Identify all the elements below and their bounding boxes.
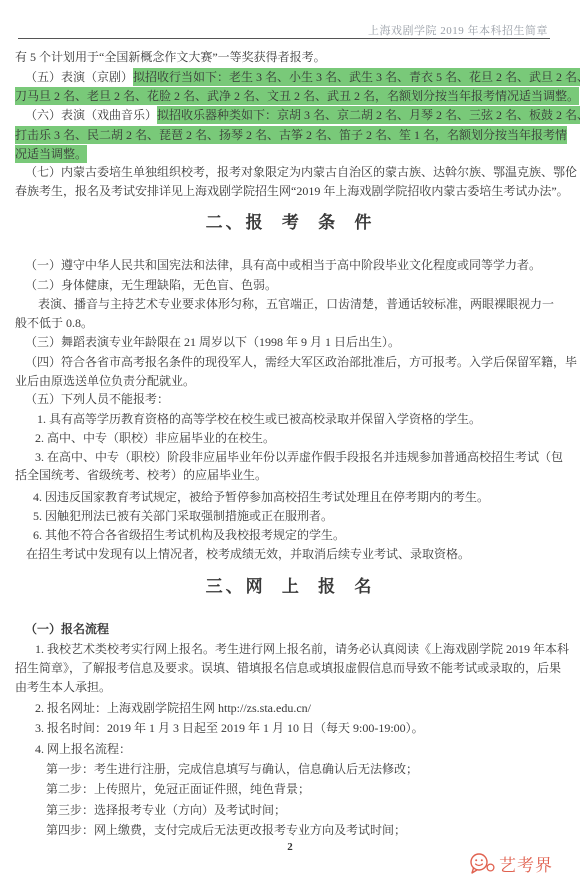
text-segment: （四）符合各省市高考报名条件的现役军人，需经大军区政治部批准后，方可报考。入学后… xyxy=(25,355,577,369)
text-line: 5. 因触犯刑法已被有关部门采取强制措施或正在服刑者。 xyxy=(33,508,333,525)
text-line: （一）遵守中华人民共和国宪法和法律，具有高中或相当于高中阶段毕业文化程度或同等学… xyxy=(25,257,541,274)
text-line: 在招生考试中发现有以上情况者，校考成绩无效，并取消后续专业考试、录取资格。 xyxy=(26,546,470,563)
text-line: 括全国统考、省级统考、校考）的应届毕业生。 xyxy=(15,467,267,484)
highlighted-text: 刀马旦 2 名、老旦 2 名、花脸 2 名、武净 2 名、文丑 2 名、武丑 2… xyxy=(15,87,579,105)
text-segment: 2. 报名网址：上海戏剧学院招生网 http://zs.sta.edu.cn/ xyxy=(35,701,311,715)
text-segment: 招生简章》，了解报考信息及要求。误填、错填报名信息或填报虚假信息而导致不能考试或… xyxy=(15,661,561,675)
text-segment: 2. 高中、中专（职校）非应届毕业的在校生。 xyxy=(35,431,275,445)
text-line: 第二步：上传照片，免冠正面证件照，纯色背景； xyxy=(46,781,310,798)
smiley-chat-bubble-icon xyxy=(469,852,496,875)
text-segment: （七）内蒙古委培生单独组织校考，报考对象限定为内蒙古自治区的蒙古族、达斡尔族、鄂… xyxy=(25,165,577,179)
text-line: （二）身体健康，无生理缺陷，无色盲、色弱。 xyxy=(25,277,277,294)
text-segment: 5. 因触犯刑法已被有关部门采取强制措施或正在服刑者。 xyxy=(33,509,333,523)
text-segment: 二、报 考 条 件 xyxy=(206,213,375,232)
text-segment: 第二步：上传照片，免冠正面证件照，纯色背景； xyxy=(46,782,310,796)
text-line: （五）表演（京剧）拟招收行当如下：老生 3 名、小生 3 名、武生 3 名、青衣… xyxy=(25,69,580,86)
text-line: （五）下列人员不能报考： xyxy=(25,391,169,408)
text-segment: 第四步：网上缴费，支付完成后无法更改报考专业方向及考试时间； xyxy=(46,823,406,837)
text-segment: 春族考生，报名及考试安排详见上海戏剧学院招生网“2019 年上海戏剧学院招收内蒙… xyxy=(15,184,569,198)
text-segment: 1. 我校艺术类校考实行网上报名。考生进行网上报名前，请务必认真阅读《上海戏剧学… xyxy=(35,642,569,656)
text-segment: （五）表演（京剧） xyxy=(25,70,133,84)
text-line: 刀马旦 2 名、老旦 2 名、花脸 2 名、武净 2 名、文丑 2 名、武丑 2… xyxy=(15,88,579,105)
text-line: 有 5 个计划用于“全国新概念作文大赛”一等奖获得者报考。 xyxy=(15,49,326,66)
header-rule xyxy=(18,38,550,39)
text-segment: 第三步：选择报考专业（方向）及考试时间； xyxy=(46,803,286,817)
text-segment: （三）舞蹈表演专业年龄限在 21 周岁以下（1998 年 9 月 1 日后出生）… xyxy=(25,335,400,349)
yikaojie-logo: 艺考界 xyxy=(469,851,553,876)
text-line: 3. 报名时间：2019 年 1 月 3 日起至 2019 年 1 月 10 日… xyxy=(35,720,424,737)
text-line: 1. 具有高等学历教育资格的高等学校在校生或已被高校录取并保留入学资格的学生。 xyxy=(37,411,481,428)
text-line: 6. 其他不符合各省级招生考试机构及我校报考规定的学生。 xyxy=(33,527,345,544)
logo-text: 艺考界 xyxy=(499,851,553,876)
text-line: 般不低于 0.8。 xyxy=(15,315,93,332)
section-heading: 二、报 考 条 件 xyxy=(0,212,580,233)
section-heading: 三、网 上 报 名 xyxy=(0,576,580,597)
text-segment: 6. 其他不符合各省级招生考试机构及我校报考规定的学生。 xyxy=(33,528,345,542)
text-line: 4. 因违反国家教育考试规定，被给予暂停参加高校招生考试处理且在停考期内的考生。 xyxy=(33,489,489,506)
text-segment: （一）报名流程 xyxy=(25,622,109,636)
text-line: （七）内蒙古委培生单独组织校考，报考对象限定为内蒙古自治区的蒙古族、达斡尔族、鄂… xyxy=(25,164,577,181)
text-line: 2. 高中、中专（职校）非应届毕业的在校生。 xyxy=(35,430,275,447)
subsection-heading: （一）报名流程 xyxy=(25,621,109,638)
text-segment: （五）下列人员不能报考： xyxy=(25,392,169,406)
text-line: 业后由原选送单位负责分配就业。 xyxy=(15,373,195,390)
text-segment: 3. 在高中、中专（职校）阶段非应届毕业年份以弄虚作假手段报名并违规参加普通高校… xyxy=(35,450,563,464)
text-segment: 有 5 个计划用于“全国新概念作文大赛”一等奖获得者报考。 xyxy=(15,50,326,64)
text-line: 表演、播音与主持艺术专业要求体形匀称，五官端正，口齿清楚，普通话较标准，两眼裸眼… xyxy=(38,296,554,313)
text-segment: （一）遵守中华人民共和国宪法和法律，具有高中或相当于高中阶段毕业文化程度或同等学… xyxy=(25,258,541,272)
text-line: 第三步：选择报考专业（方向）及考试时间； xyxy=(46,802,286,819)
text-line: 招生简章》，了解报考信息及要求。误填、错填报名信息或填报虚假信息而导致不能考试或… xyxy=(15,660,561,677)
text-segment: 3. 报名时间：2019 年 1 月 3 日起至 2019 年 1 月 10 日… xyxy=(35,721,424,735)
text-line: 4. 网上报名流程： xyxy=(35,741,131,758)
header-title: 上海戏剧学院 2019 年本科招生简章 xyxy=(368,25,548,37)
text-segment: 由考生本人承担。 xyxy=(15,680,111,694)
text-segment: （六）表演（戏曲音乐） xyxy=(25,108,157,122)
text-line: （六）表演（戏曲音乐）拟招收乐器种类如下：京胡 3 名、京二胡 2 名、月琴 2… xyxy=(25,107,580,124)
text-line: 1. 我校艺术类校考实行网上报名。考生进行网上报名前，请务必认真阅读《上海戏剧学… xyxy=(35,641,569,658)
highlighted-text: 拟招收乐器种类如下：京胡 3 名、京二胡 2 名、月琴 2 名、三弦 2 名、板… xyxy=(157,106,580,124)
text-segment: 4. 网上报名流程： xyxy=(35,742,131,756)
highlighted-text: 况适当调整。 xyxy=(15,145,87,163)
text-line: 打击乐 3 名、民二胡 2 名、琵琶 2 名、扬琴 2 名、古筝 2 名、笛子 … xyxy=(15,127,567,144)
text-line: 2. 报名网址：上海戏剧学院招生网 http://zs.sta.edu.cn/ xyxy=(35,700,311,717)
text-segment: （二）身体健康，无生理缺陷，无色盲、色弱。 xyxy=(25,278,277,292)
text-line: 第四步：网上缴费，支付完成后无法更改报考专业方向及考试时间； xyxy=(46,822,406,839)
text-line: （三）舞蹈表演专业年龄限在 21 周岁以下（1998 年 9 月 1 日后出生）… xyxy=(25,334,400,351)
text-line: 况适当调整。 xyxy=(15,146,87,163)
text-segment: 表演、播音与主持艺术专业要求体形匀称，五官端正，口齿清楚，普通话较标准，两眼裸眼… xyxy=(38,297,554,311)
text-segment: 第一步：考生进行注册，完成信息填写与确认，信息确认后无法修改； xyxy=(46,762,418,776)
text-segment: 三、网 上 报 名 xyxy=(206,577,375,596)
text-line: 3. 在高中、中专（职校）阶段非应届毕业年份以弄虚作假手段报名并违规参加普通高校… xyxy=(35,449,563,466)
text-segment: 1. 具有高等学历教育资格的高等学校在校生或已被高校录取并保留入学资格的学生。 xyxy=(37,412,481,426)
text-segment: 括全国统考、省级统考、校考）的应届毕业生。 xyxy=(15,468,267,482)
text-segment: 4. 因违反国家教育考试规定，被给予暂停参加高校招生考试处理且在停考期内的考生。 xyxy=(33,490,489,504)
text-segment: 业后由原选送单位负责分配就业。 xyxy=(15,374,195,388)
text-line: （四）符合各省市高考报名条件的现役军人，需经大军区政治部批准后，方可报考。入学后… xyxy=(25,354,577,371)
page-header: 上海戏剧学院 2019 年本科招生简章 xyxy=(0,22,548,38)
text-segment: 般不低于 0.8。 xyxy=(15,316,93,330)
text-line: 第一步：考生进行注册，完成信息填写与确认，信息确认后无法修改； xyxy=(46,761,418,778)
highlighted-text: 拟招收行当如下：老生 3 名、小生 3 名、武生 3 名、青衣 5 名、花旦 2… xyxy=(133,68,580,86)
text-line: 由考生本人承担。 xyxy=(15,679,111,696)
text-line: 春族考生，报名及考试安排详见上海戏剧学院招生网“2019 年上海戏剧学院招收内蒙… xyxy=(15,183,569,200)
highlighted-text: 打击乐 3 名、民二胡 2 名、琵琶 2 名、扬琴 2 名、古筝 2 名、笛子 … xyxy=(15,126,567,144)
text-segment: 在招生考试中发现有以上情况者，校考成绩无效，并取消后续专业考试、录取资格。 xyxy=(26,547,470,561)
document-page: 上海戏剧学院 2019 年本科招生简章 有 5 个计划用于“全国新概念作文大赛”… xyxy=(0,0,580,887)
